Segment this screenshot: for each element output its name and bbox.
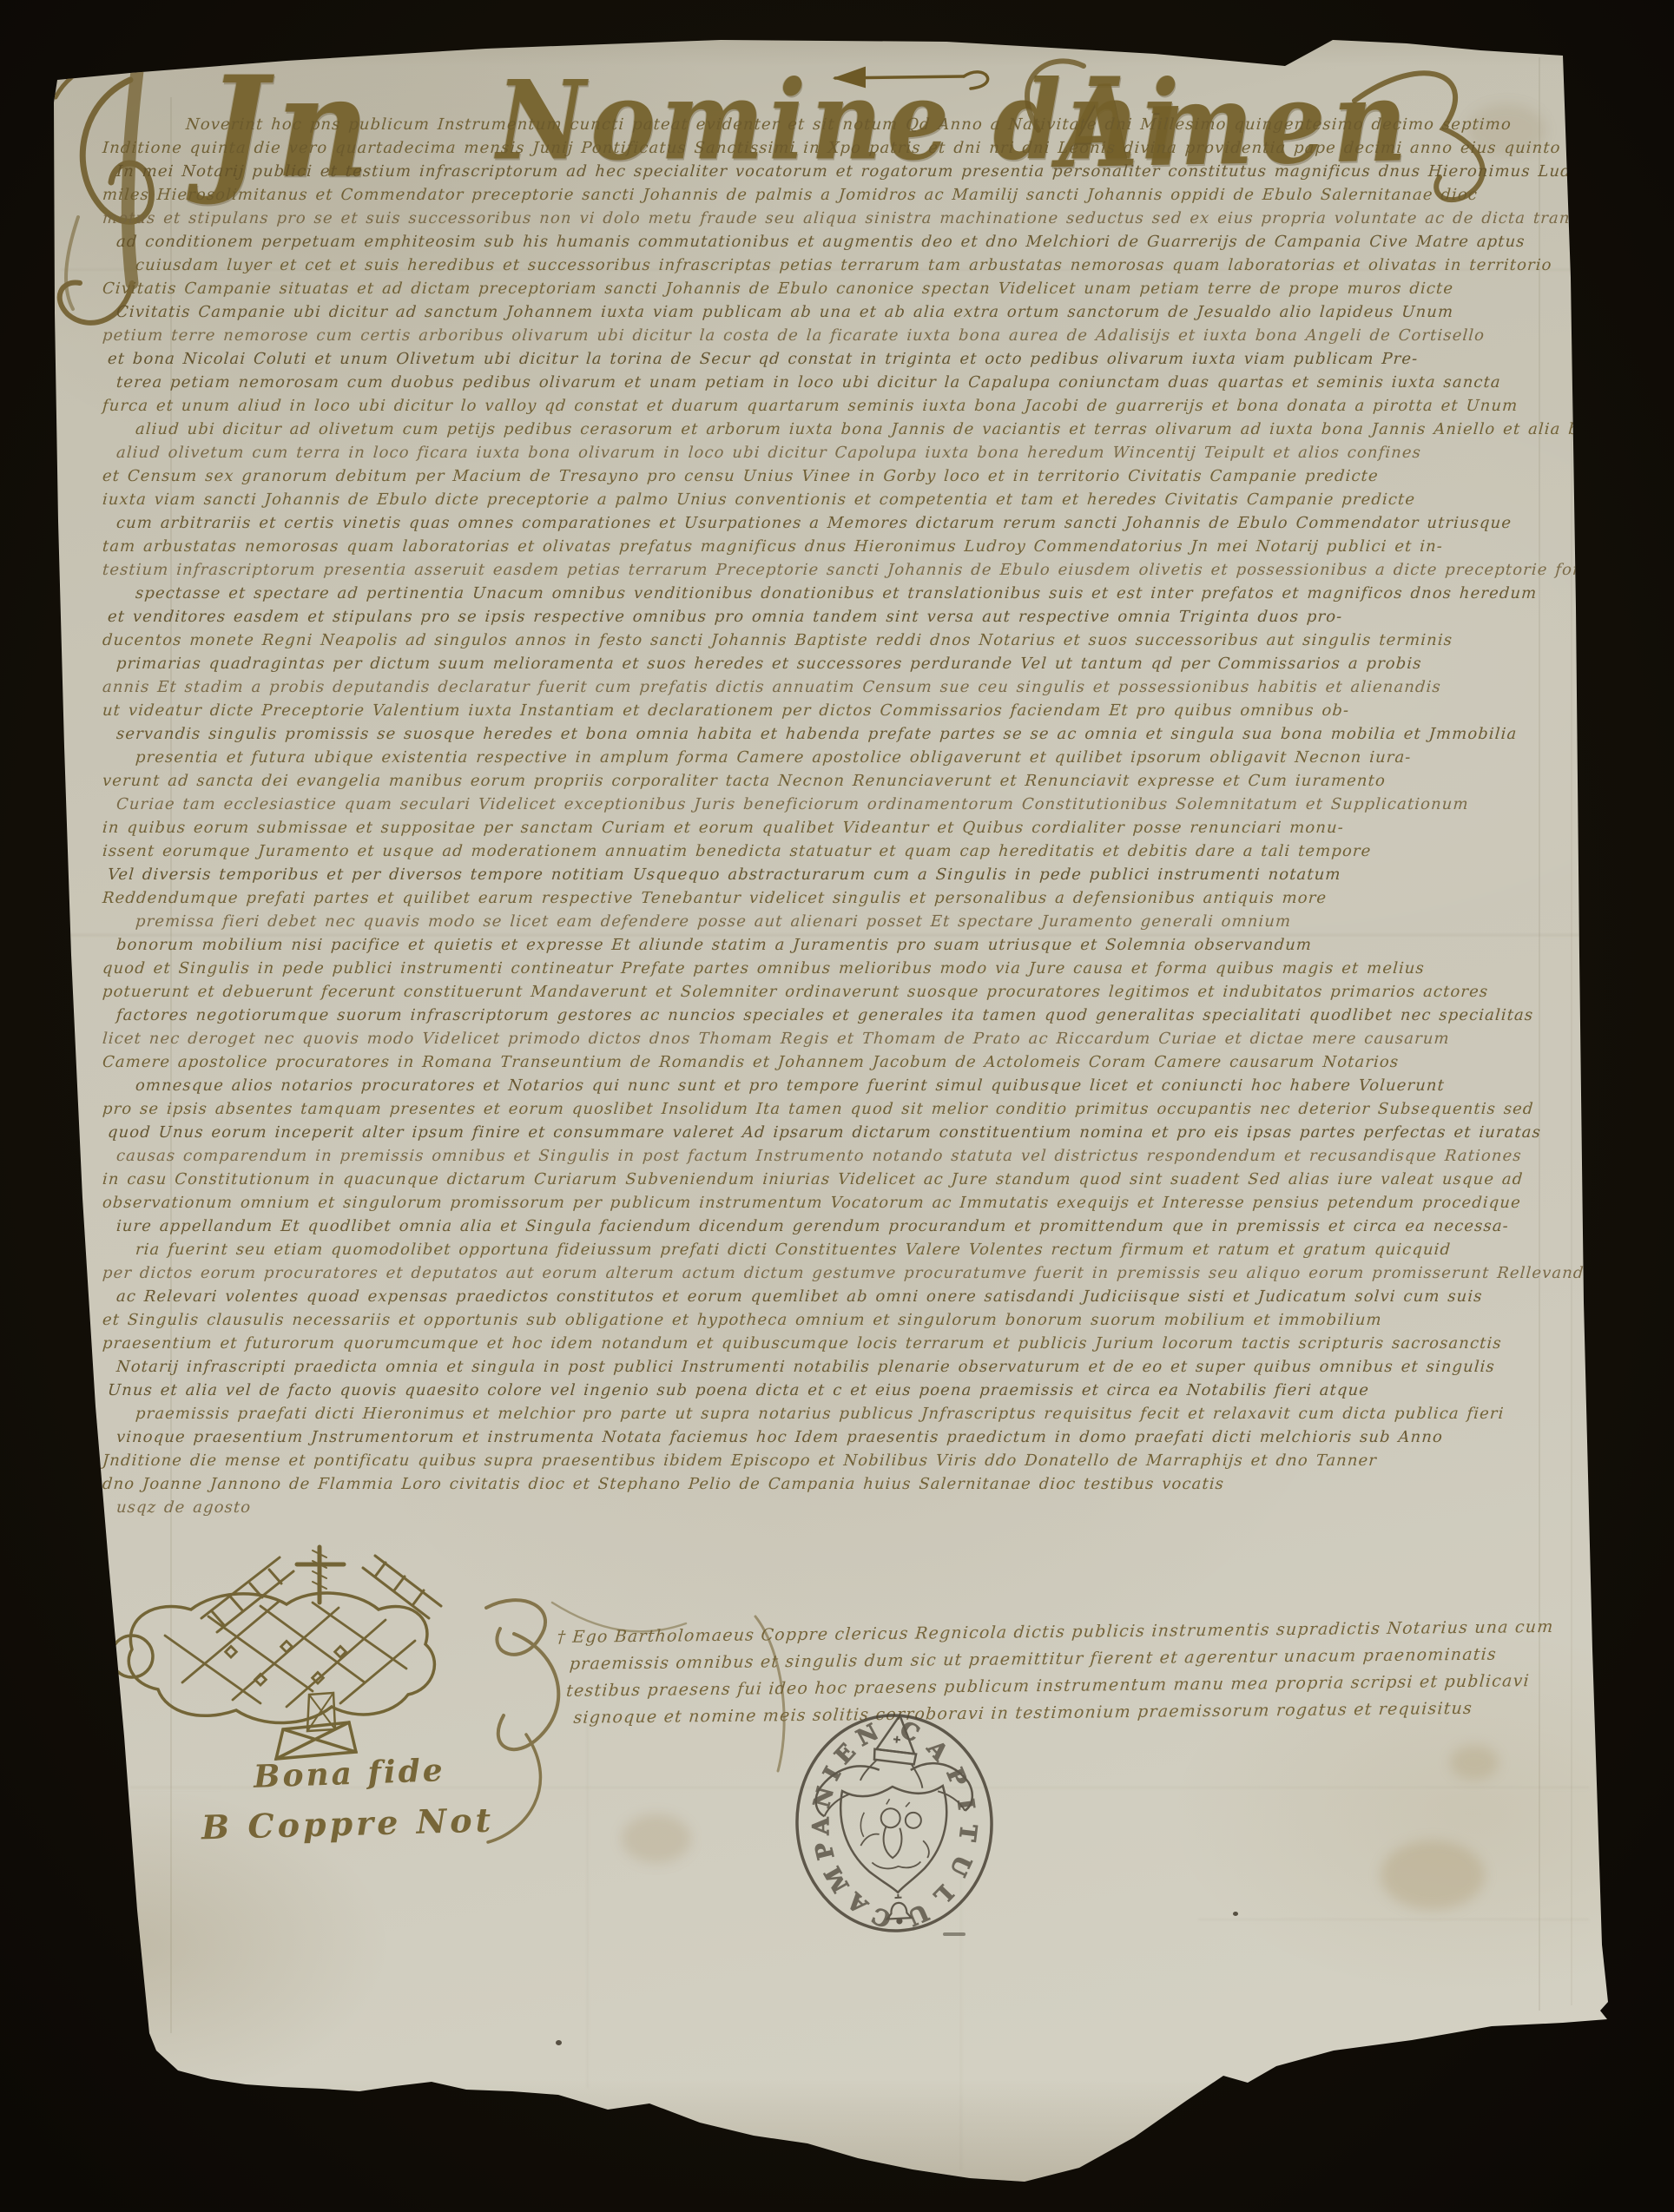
notary-attestation: † Ego Bartholomaeus Coppre clericus Regn… (557, 1616, 1374, 1732)
body-line: ria fuerint seu etiam quomodolibet oppor… (135, 1238, 1562, 1261)
attestation-line: testibus praesens fui ideo hoc praesens … (565, 1669, 1374, 1705)
body-line: aliud olivetum cum terra in loco ficara … (115, 441, 1562, 464)
body-line: pro se ipsis absentes tamquam presentes … (102, 1097, 1562, 1121)
body-line: et Singulis clausulis necessariis et opp… (102, 1308, 1562, 1332)
body-line: ad conditionem perpetuam emphiteosim sub… (115, 230, 1562, 253)
attestation-line: signoque et nomine meis solitis corrobor… (572, 1696, 1374, 1732)
ink-fleck (556, 2040, 562, 2045)
signature-name: B Coppre Not (201, 1801, 494, 1847)
body-line: Curiae tam ecclesiastice quam seculari V… (115, 793, 1562, 816)
body-line: licet nec deroget nec quovis modo Videli… (102, 1027, 1562, 1050)
fold-crease-vertical (587, 1723, 590, 2088)
seal-inscription-left: CAMPANIENSE (802, 1715, 913, 1936)
left-margin-rule (170, 97, 172, 2033)
body-line: quod Unus eorum inceperit alter ipsum fi… (107, 1121, 1562, 1144)
amen-swash-flourish-icon (1027, 61, 1483, 200)
body-line: observationum omnium et singulorum promi… (102, 1191, 1562, 1215)
body-line: Civitatis Campanie situatas et ad dictam… (102, 277, 1562, 300)
parchment-sheet: Jn Nomine dn̄i Amen Noverint hoc p (0, 0, 1674, 2212)
body-line: cum arbitrariis et certis vinetis quas o… (115, 511, 1562, 535)
body-line: presentia et futura ubique existentia re… (135, 746, 1562, 769)
body-line: annis Et stadim a probis deputandis decl… (102, 675, 1562, 699)
stain (622, 1814, 691, 1863)
body-line: Noverint hoc pns publicum Instrumentum c… (185, 113, 1562, 136)
body-line: omnesque alios notarios procuratores et … (135, 1074, 1562, 1097)
body-line: verunt ad sancta dei evangelia manibus e… (102, 769, 1562, 793)
stain (1467, 104, 1545, 156)
pedestal-with-x (276, 1693, 356, 1759)
body-line: premissa fieri debet nec quavis modo se … (135, 910, 1562, 933)
body-line: miles Hierosolimitanus et Commendator pr… (102, 183, 1562, 207)
body-line: In mei Notarij publici et testium infras… (115, 160, 1562, 183)
attestation-line: praemissis omnibus et singulis dum sic u… (569, 1643, 1374, 1678)
body-line: Unus et alia vel de facto quovis quaesit… (107, 1379, 1562, 1402)
fold-crease (1198, 1919, 1589, 1922)
hatched-band-left (201, 1557, 293, 1632)
body-line: ut videatur dicte Preceptorie Valentium … (102, 699, 1562, 722)
photograph-of-charter: Jn Nomine dn̄i Amen Noverint hoc p (0, 0, 1674, 2212)
arrow-dart-flourish-icon (835, 68, 988, 89)
hatched-band-right (363, 1556, 441, 1618)
body-line: aliud ubi dicitur ad olivetum cum petijs… (135, 418, 1562, 441)
knot-outline (83, 1593, 434, 1723)
body-line: dno Joanne Jannono de Flammia Loro civit… (102, 1472, 1562, 1496)
stain (1381, 1840, 1485, 1910)
fold-crease-vertical (960, 1866, 963, 2170)
initial-calligraphic-flourish-icon (56, 63, 151, 323)
body-line: Reddendumque prefati partes et quilibet … (102, 886, 1562, 910)
body-line: praesentium et futurorum quorumcumque et… (102, 1332, 1562, 1355)
body-line: praemissis praefati dicti Hieronimus et … (135, 1402, 1562, 1425)
heading-word-amen: Amen (1058, 54, 1415, 194)
knot-lattice (165, 1601, 415, 1707)
heading-flourishes (0, 0, 1674, 2212)
pen-flourish-icon (0, 0, 1674, 2212)
body-line: et bona Nicolai Coluti et unum Olivetum … (107, 347, 1562, 371)
body-line: testium infrascriptorum presentia asseru… (102, 558, 1562, 582)
body-line: issent eorumque Juramento et usque ad mo… (102, 839, 1562, 863)
bell-icon (886, 1893, 912, 1924)
body-line: Inditione quinta die vero quartadecima m… (102, 136, 1562, 160)
body-line: Notarij infrascripti praedicta omnia et … (115, 1355, 1562, 1379)
body-line: ducentos monete Regni Neapolis ad singul… (102, 629, 1562, 652)
body-line: Camere apostolice procuratores in Romana… (102, 1050, 1562, 1074)
heading-word-nomine: Nomine dn̄i (497, 57, 1184, 185)
body-line: Jnditione die mense et pontificatu quibu… (102, 1449, 1562, 1472)
body-line: motus et stipulans pro se et suis succes… (102, 207, 1562, 230)
seal-ring (792, 1710, 998, 1935)
signature-motto: Bona fide (253, 1752, 445, 1795)
chapter-seal-stamp: CAPITULUM CAMPANIENSE (0, 0, 1674, 2212)
body-line: in casu Constitutionum in quacunque dict… (102, 1168, 1562, 1191)
stain (52, 1858, 113, 2049)
body-line: bonorum mobilium nisi pacifice et quieti… (115, 933, 1562, 957)
attestation-line: † Ego Bartholomaeus Coppre clericus Regn… (556, 1616, 1374, 1651)
ink-fleck (1233, 1912, 1238, 1916)
body-line: primarias quadragintas per dictum suum m… (115, 652, 1562, 675)
body-line: spectasse et spectare ad pertinentia Una… (135, 582, 1562, 605)
seal-shield (840, 1784, 951, 1895)
heading-word-in: Jn (207, 45, 379, 208)
body-line: servandis singulis promissis se suosque … (115, 722, 1562, 746)
body-line: furca et unum aliud in loco ubi dicitur … (102, 394, 1562, 418)
right-margin-rule (1539, 57, 1540, 2011)
body-line: quod et Singulis in pede publici instrum… (102, 957, 1562, 980)
ink-fleck (943, 1932, 966, 1936)
body-line: iuxta viam sancti Johannis de Ebulo dict… (102, 488, 1562, 511)
body-line: petium terre nemorose cum certis arborib… (102, 324, 1562, 347)
body-line: per dictos eorum procuratores et deputat… (102, 1261, 1562, 1285)
fold-crease (61, 269, 1572, 273)
seal-inscription-right: CAPITULUM (870, 1713, 987, 1936)
fold-crease (69, 934, 1580, 938)
body-line: causas comparendum in premissis omnibus … (115, 1144, 1562, 1168)
notarial-sign (0, 0, 1674, 2212)
mitre-icon (860, 1712, 931, 1788)
body-line: in quibus eorum submissae et suppositae … (102, 816, 1562, 839)
body-line: et venditores easdem et stipulans pro se… (107, 605, 1562, 629)
body-line: factores negotiorumque suorum infrascrip… (115, 1004, 1562, 1027)
stain (1450, 1745, 1499, 1780)
body-line: vinoque praesentium Jnstrumentorum et in… (115, 1425, 1562, 1449)
cross-icon (297, 1547, 344, 1603)
body-line: terea petiam nemorosam cum duobus pedibu… (115, 371, 1562, 394)
body-line: potuerunt et debuerunt fecerunt constitu… (102, 980, 1562, 1004)
body-line: et Censum sex granorum debitum per Maciu… (102, 464, 1562, 488)
fold-crease (130, 1787, 1589, 1790)
body-line: Vel diversis temporibus et per diversos … (107, 863, 1562, 886)
right-margin-rule-outer (1571, 61, 1572, 2005)
body-line: tam arbustatas nemorosas quam laboratori… (102, 535, 1562, 558)
body-line: iure appellandum Et quodlibet omnia alia… (115, 1215, 1562, 1238)
body-line: ac Relevari volentes quoad expensas prae… (115, 1285, 1562, 1308)
body-line: usqz de agosto (115, 1496, 1562, 1519)
charter-body-text: Noverint hoc pns publicum Instrumentum c… (102, 113, 1561, 1519)
seal-mantling (814, 1761, 973, 1819)
body-line: Civitatis Campanie ubi dicitur ad sanctu… (115, 300, 1562, 324)
body-line: cuiusdam luyer et cet et suis heredibus … (135, 253, 1562, 277)
